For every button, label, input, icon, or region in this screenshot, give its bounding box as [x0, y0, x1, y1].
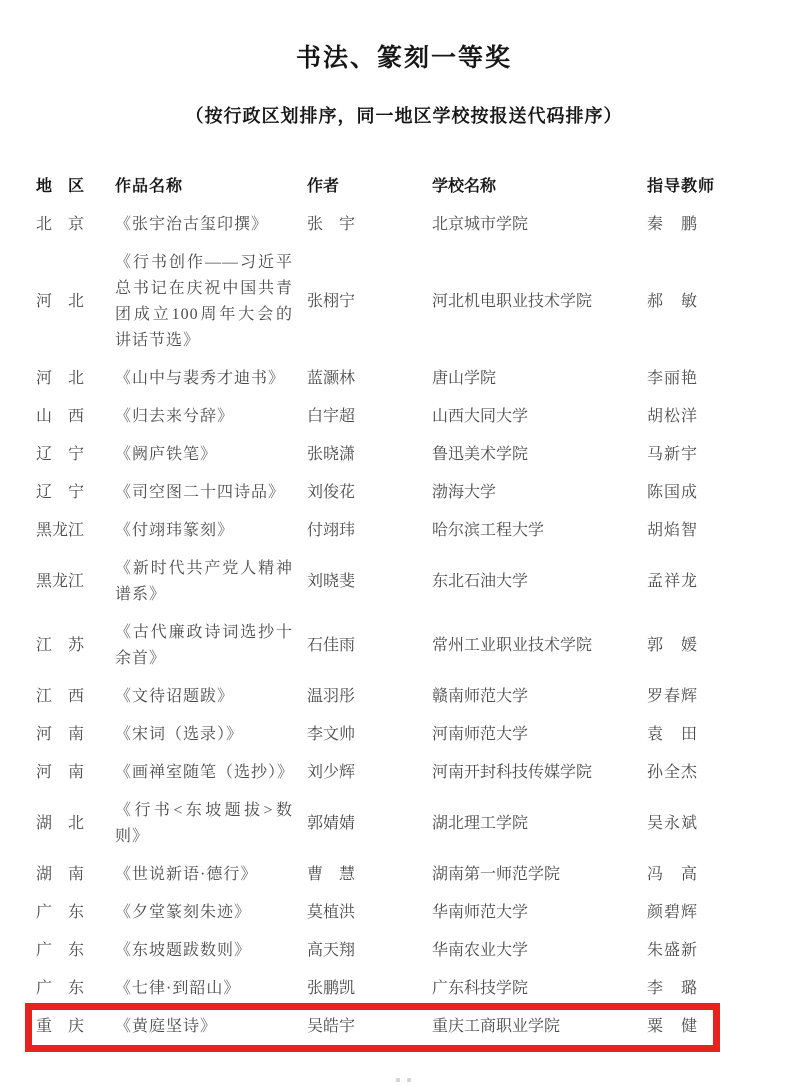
teacher-cell: 李丽艳: [647, 366, 747, 392]
work-title-cell: 《古代廉政诗词选抄十余首》: [115, 620, 307, 672]
school-cell: 重庆工商职业学院: [432, 1014, 647, 1040]
table-row: 湖 南 《世说新语·德行》 曹 慧 湖南第一师范学院 冯 高: [0, 856, 808, 894]
school-cell: 东北石油大学: [432, 569, 647, 595]
teacher-cell: 郭 媛: [647, 633, 747, 659]
header-teacher: 指导教师: [647, 174, 747, 200]
work-title-cell: 《黄庭坚诗》: [115, 1014, 307, 1040]
table-row: 山 西 《归去来兮辞》 白宇超 山西大同大学 胡松洋: [0, 398, 808, 436]
work-title-cell: 《世说新语·德行》: [115, 862, 307, 888]
table-row: 河 北 《行书创作——习近平总书记在庆祝中国共青团成立100周年大会的讲话节选》…: [0, 244, 808, 360]
author-cell: 白宇超: [307, 404, 432, 430]
region-cell: 广 东: [36, 900, 115, 926]
table-row: 黑龙江 《新时代共产党人精神谱系》 刘晓斐 东北石油大学 孟祥龙: [0, 550, 808, 614]
work-title-cell: 《东坡题跋数则》: [115, 938, 307, 964]
author-cell: 张晓潇: [307, 442, 432, 468]
region-cell: 辽 宁: [36, 480, 115, 506]
region-cell: 湖 南: [36, 862, 115, 888]
region-cell: 江 苏: [36, 633, 115, 659]
author-cell: 刘俊花: [307, 480, 432, 506]
region-cell: 黑龙江: [36, 569, 115, 595]
header-region: 地 区: [36, 174, 115, 200]
teacher-cell: 粟 健: [647, 1014, 747, 1040]
table-row: 湖 北 《行书<东坡题拔>数则》 郭婧婧 湖北理工学院 吴永斌: [0, 792, 808, 856]
teacher-cell: 郝 敏: [647, 289, 747, 315]
region-cell: 辽 宁: [36, 442, 115, 468]
author-cell: 蓝灏林: [307, 366, 432, 392]
school-cell: 唐山学院: [432, 366, 647, 392]
table-row: 辽 宁 《司空图二十四诗品》 刘俊花 渤海大学 陈国成: [0, 474, 808, 512]
table-row: 广 东 《东坡题跋数则》 高天翔 华南农业大学 朱盛新: [0, 932, 808, 970]
teacher-cell: 吴永斌: [647, 811, 747, 837]
work-title-cell: 《文待诏题跋》: [115, 684, 307, 710]
header-work-title: 作品名称: [115, 174, 307, 200]
header-author: 作者: [307, 174, 432, 200]
school-cell: 华南师范大学: [432, 900, 647, 926]
school-cell: 广东科技学院: [432, 976, 647, 1002]
table-row: 河 北 《山中与裴秀才迪书》 蓝灏林 唐山学院 李丽艳: [0, 360, 808, 398]
region-cell: 河 北: [36, 366, 115, 392]
author-cell: 张 宇: [307, 212, 432, 238]
author-cell: 刘少辉: [307, 760, 432, 786]
author-cell: 高天翔: [307, 938, 432, 964]
school-cell: 鲁迅美术学院: [432, 442, 647, 468]
table-row: 江 西 《文待诏题跋》 温羽彤 赣南师范大学 罗春辉: [0, 678, 808, 716]
teacher-cell: 朱盛新: [647, 938, 747, 964]
table-row: 黑龙江 《付翊玮篆刻》 付翊玮 哈尔滨工程大学 胡焰智: [0, 512, 808, 550]
work-title-cell: 《行书创作——习近平总书记在庆祝中国共青团成立100周年大会的讲话节选》: [115, 250, 307, 354]
document-page: 书法、篆刻一等奖 （按行政区划排序，同一地区学校按报送代码排序） 地 区 作品名…: [0, 0, 808, 1086]
author-cell: 莫植洪: [307, 900, 432, 926]
school-cell: 河北机电职业技术学院: [432, 289, 647, 315]
table-header-row: 地 区 作品名称 作者 学校名称 指导教师: [0, 168, 808, 206]
work-title-cell: 《归去来兮辞》: [115, 404, 307, 430]
teacher-cell: 袁 田: [647, 722, 747, 748]
region-cell: 河 北: [36, 289, 115, 315]
table-row: 广 东 《七律·到韶山》 张鹏凯 广东科技学院 李 璐: [0, 970, 808, 1008]
region-cell: 北 京: [36, 212, 115, 238]
school-cell: 河南师范大学: [432, 722, 647, 748]
teacher-cell: 陈国成: [647, 480, 747, 506]
teacher-cell: 孟祥龙: [647, 569, 747, 595]
school-cell: 河南开封科技传媒学院: [432, 760, 647, 786]
region-cell: 广 东: [36, 976, 115, 1002]
author-cell: 石佳雨: [307, 633, 432, 659]
teacher-cell: 冯 高: [647, 862, 747, 888]
teacher-cell: 秦 鹏: [647, 212, 747, 238]
school-cell: 渤海大学: [432, 480, 647, 506]
work-title-cell: 《新时代共产党人精神谱系》: [115, 556, 307, 608]
work-title-cell: 《夕堂篆刻朱迹》: [115, 900, 307, 926]
region-cell: 江 西: [36, 684, 115, 710]
header-school: 学校名称: [432, 174, 647, 200]
work-title-cell: 《山中与裴秀才迪书》: [115, 366, 307, 392]
table-row: 江 苏 《古代廉政诗词选抄十余首》 石佳雨 常州工业职业技术学院 郭 媛: [0, 614, 808, 678]
region-cell: 湖 北: [36, 811, 115, 837]
region-cell: 重 庆: [36, 1014, 115, 1040]
author-cell: 付翊玮: [307, 518, 432, 544]
author-cell: 吴皓宇: [307, 1014, 432, 1040]
author-cell: 李文帅: [307, 722, 432, 748]
author-cell: 曹 慧: [307, 862, 432, 888]
region-cell: 河 南: [36, 722, 115, 748]
work-title-cell: 《司空图二十四诗品》: [115, 480, 307, 506]
teacher-cell: 胡焰智: [647, 518, 747, 544]
school-cell: 常州工业职业技术学院: [432, 633, 647, 659]
teacher-cell: 罗春辉: [647, 684, 747, 710]
page-title: 书法、篆刻一等奖: [0, 38, 808, 74]
author-cell: 张鹏凯: [307, 976, 432, 1002]
school-cell: 北京城市学院: [432, 212, 647, 238]
school-cell: 华南农业大学: [432, 938, 647, 964]
teacher-cell: 马新宇: [647, 442, 747, 468]
work-title-cell: 《七律·到韶山》: [115, 976, 307, 1002]
table-row: 北 京 《张宇治古玺印撰》 张 宇 北京城市学院 秦 鹏: [0, 206, 808, 244]
teacher-cell: 胡松洋: [647, 404, 747, 430]
work-title-cell: 《付翊玮篆刻》: [115, 518, 307, 544]
table-row: 辽 宁 《阙庐铁笔》 张晓潇 鲁迅美术学院 马新宇: [0, 436, 808, 474]
table-row: 河 南 《画禅室随笔（选抄）》 刘少辉 河南开封科技传媒学院 孙全杰: [0, 754, 808, 792]
table-body: 北 京 《张宇治古玺印撰》 张 宇 北京城市学院 秦 鹏 河 北 《行书创作——…: [0, 206, 808, 1046]
author-cell: 温羽彤: [307, 684, 432, 710]
school-cell: 哈尔滨工程大学: [432, 518, 647, 544]
table-row: 河 南 《宋词（选录）》 李文帅 河南师范大学 袁 田: [0, 716, 808, 754]
work-title-cell: 《宋词（选录）》: [115, 722, 307, 748]
work-title-cell: 《阙庐铁笔》: [115, 442, 307, 468]
teacher-cell: 颜碧辉: [647, 900, 747, 926]
school-cell: 赣南师范大学: [432, 684, 647, 710]
awards-table: 地 区 作品名称 作者 学校名称 指导教师 北 京 《张宇治古玺印撰》 张 宇 …: [0, 168, 808, 1046]
author-cell: 张栩宁: [307, 289, 432, 315]
work-title-cell: 《张宇治古玺印撰》: [115, 212, 307, 238]
author-cell: 刘晓斐: [307, 569, 432, 595]
table-row: 重 庆 《黄庭坚诗》 吴皓宇 重庆工商职业学院 粟 健: [0, 1008, 808, 1046]
school-cell: 山西大同大学: [432, 404, 647, 430]
teacher-cell: 孙全杰: [647, 760, 747, 786]
region-cell: 河 南: [36, 760, 115, 786]
region-cell: 山 西: [36, 404, 115, 430]
author-cell: 郭婧婧: [307, 811, 432, 837]
work-title-cell: 《行书<东坡题拔>数则》: [115, 798, 307, 850]
work-title-cell: 《画禅室随笔（选抄）》: [115, 760, 307, 786]
page-subtitle: （按行政区划排序，同一地区学校按报送代码排序）: [0, 102, 808, 128]
teacher-cell: 李 璐: [647, 976, 747, 1002]
school-cell: 湖北理工学院: [432, 811, 647, 837]
table-row: 广 东 《夕堂篆刻朱迹》 莫植洪 华南师范大学 颜碧辉: [0, 894, 808, 932]
region-cell: 黑龙江: [36, 518, 115, 544]
school-cell: 湖南第一师范学院: [432, 862, 647, 888]
page-number-remnant: [396, 1078, 418, 1084]
region-cell: 广 东: [36, 938, 115, 964]
